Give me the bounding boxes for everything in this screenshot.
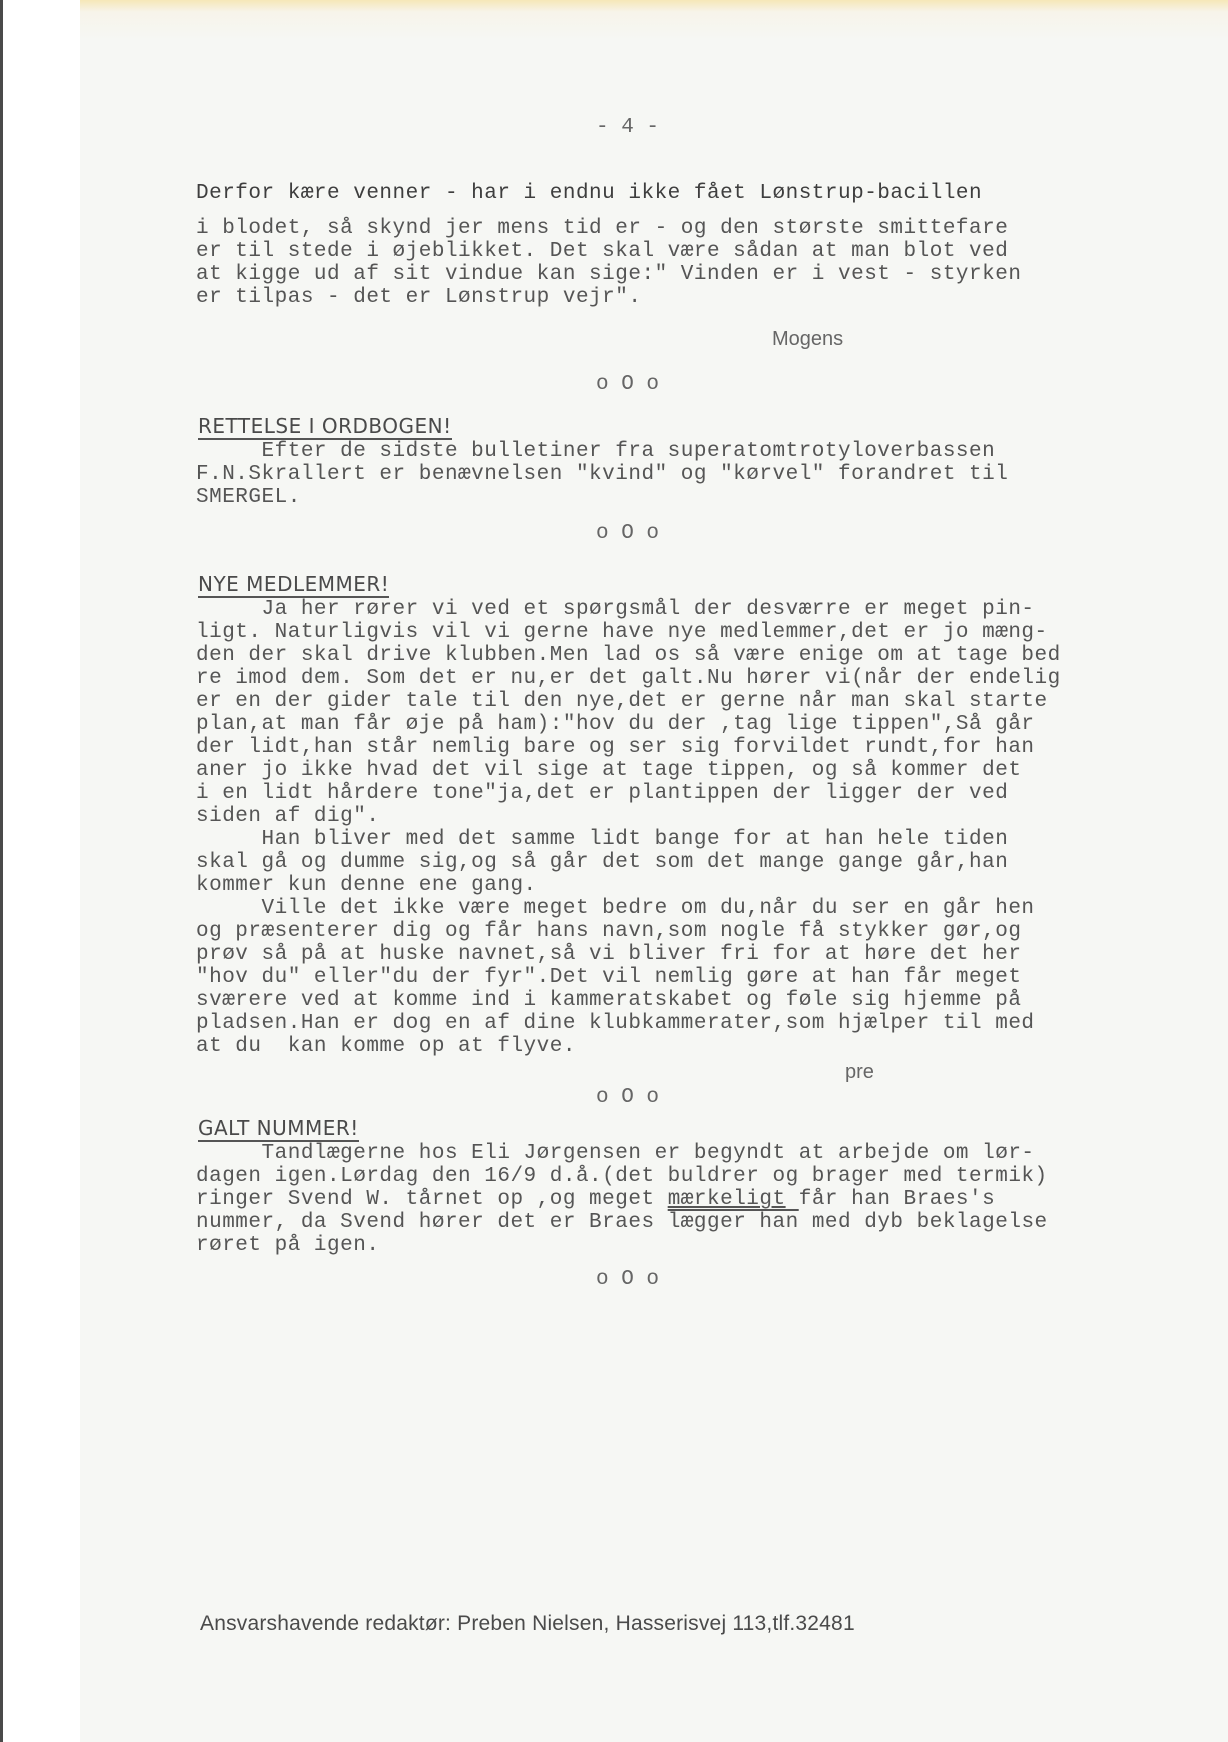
section-heading-galt-nummer: GALT NUMMER! (198, 1116, 359, 1142)
line-text: får han Braes's (786, 1188, 996, 1211)
section-line: prøv så på at huske navnet,så vi bliver … (196, 943, 1021, 967)
page-number: - 4 - (596, 116, 659, 140)
section-line: F.N.Skrallert er benævnelsen "kvind" og … (196, 463, 1008, 487)
section-line: sværere ved at komme ind i kammeratskabe… (196, 989, 1021, 1013)
section-line: re imod dem. Som det er nu,er det galt.N… (196, 667, 1061, 691)
separator: o O o (596, 1268, 659, 1292)
section-line: nummer, da Svend hører det er Braes lægg… (196, 1211, 1048, 1235)
line-text: nummer, da Svend hører det er Braes (196, 1211, 668, 1234)
section-line: skal gå og dumme sig,og så går det som d… (196, 851, 1008, 875)
section-line: aner jo ikke hvad det vil sige at tage t… (196, 759, 1021, 783)
section-line: kommer kun denne ene gang. (196, 874, 537, 898)
section-line: Han bliver med det samme lidt bange for … (196, 828, 1008, 852)
signature-mogens: Mogens (772, 327, 843, 351)
section-line: ligt. Naturligvis vil vi gerne have nye … (196, 621, 1048, 645)
intro-line: er tilpas - det er Lønstrup vejr". (196, 286, 641, 310)
section-line: dagen igen.Lørdag den 16/9 d.å.(det buld… (196, 1165, 1048, 1189)
intro-line: at kigge ud af sit vindue kan sige:" Vin… (196, 263, 1021, 287)
underlined-word: mærkeligt (668, 1188, 786, 1211)
separator: o O o (596, 1086, 659, 1110)
section-line: i en lidt hårdere tone"ja,det er plantip… (196, 782, 1008, 806)
section-line: røret på igen. (196, 1234, 379, 1258)
section-line: siden af dig". (196, 805, 379, 829)
footer-editor-line: Ansvarshavende redaktør: Preben Nielsen,… (200, 1612, 855, 1636)
intro-line: i blodet, så skynd jer mens tid er - og … (196, 217, 1008, 241)
section-line: at du kan komme op at flyve. (196, 1035, 576, 1059)
section-line: SMERGEL. (196, 486, 301, 510)
line-text: med dyb beklagelse (799, 1211, 1048, 1234)
section-line: Tandlægerne hos Eli Jørgensen er begyndt… (196, 1142, 1035, 1166)
section-heading-rettelse: RETTELSE I ORDBOGEN! (198, 414, 452, 440)
signature-pre: pre (845, 1060, 874, 1084)
overlined-phrase: lægger han (668, 1211, 799, 1234)
section-line: der lidt,han står nemlig bare og ser sig… (196, 736, 1035, 760)
intro-line: er til stede i øjeblikket. Det skal være… (196, 240, 1008, 264)
separator: o O o (596, 522, 659, 546)
section-line: Ja her rører vi ved et spørgsmål der des… (196, 598, 1035, 622)
section-line: er en der gider tale til den nye,det er … (196, 690, 1048, 714)
section-line: pladsen.Han er dog en af dine klubkammer… (196, 1012, 1035, 1036)
section-heading-nye-medlemmer: NYE MEDLEMMER! (198, 572, 389, 598)
separator: o O o (596, 373, 659, 397)
section-line: Ville det ikke være meget bedre om du,nå… (196, 897, 1035, 921)
section-line: Efter de sidste bulletiner fra superatom… (196, 440, 995, 464)
scan-edge (0, 0, 3, 1742)
line-text: ringer Svend W. tårnet op ,og meget (196, 1188, 668, 1211)
section-line: ringer Svend W. tårnet op ,og meget mærk… (196, 1188, 995, 1212)
section-line: "hov du" eller"du der fyr".Det vil nemli… (196, 966, 1021, 990)
section-line: og præsenterer dig og får hans navn,som … (196, 920, 1021, 944)
section-line: plan,at man får øje på ham):"hov du der … (196, 713, 1035, 737)
section-line: den der skal drive klubben.Men lad os så… (196, 644, 1061, 668)
intro-line: Derfor kære venner - har i endnu ikke få… (196, 182, 982, 206)
